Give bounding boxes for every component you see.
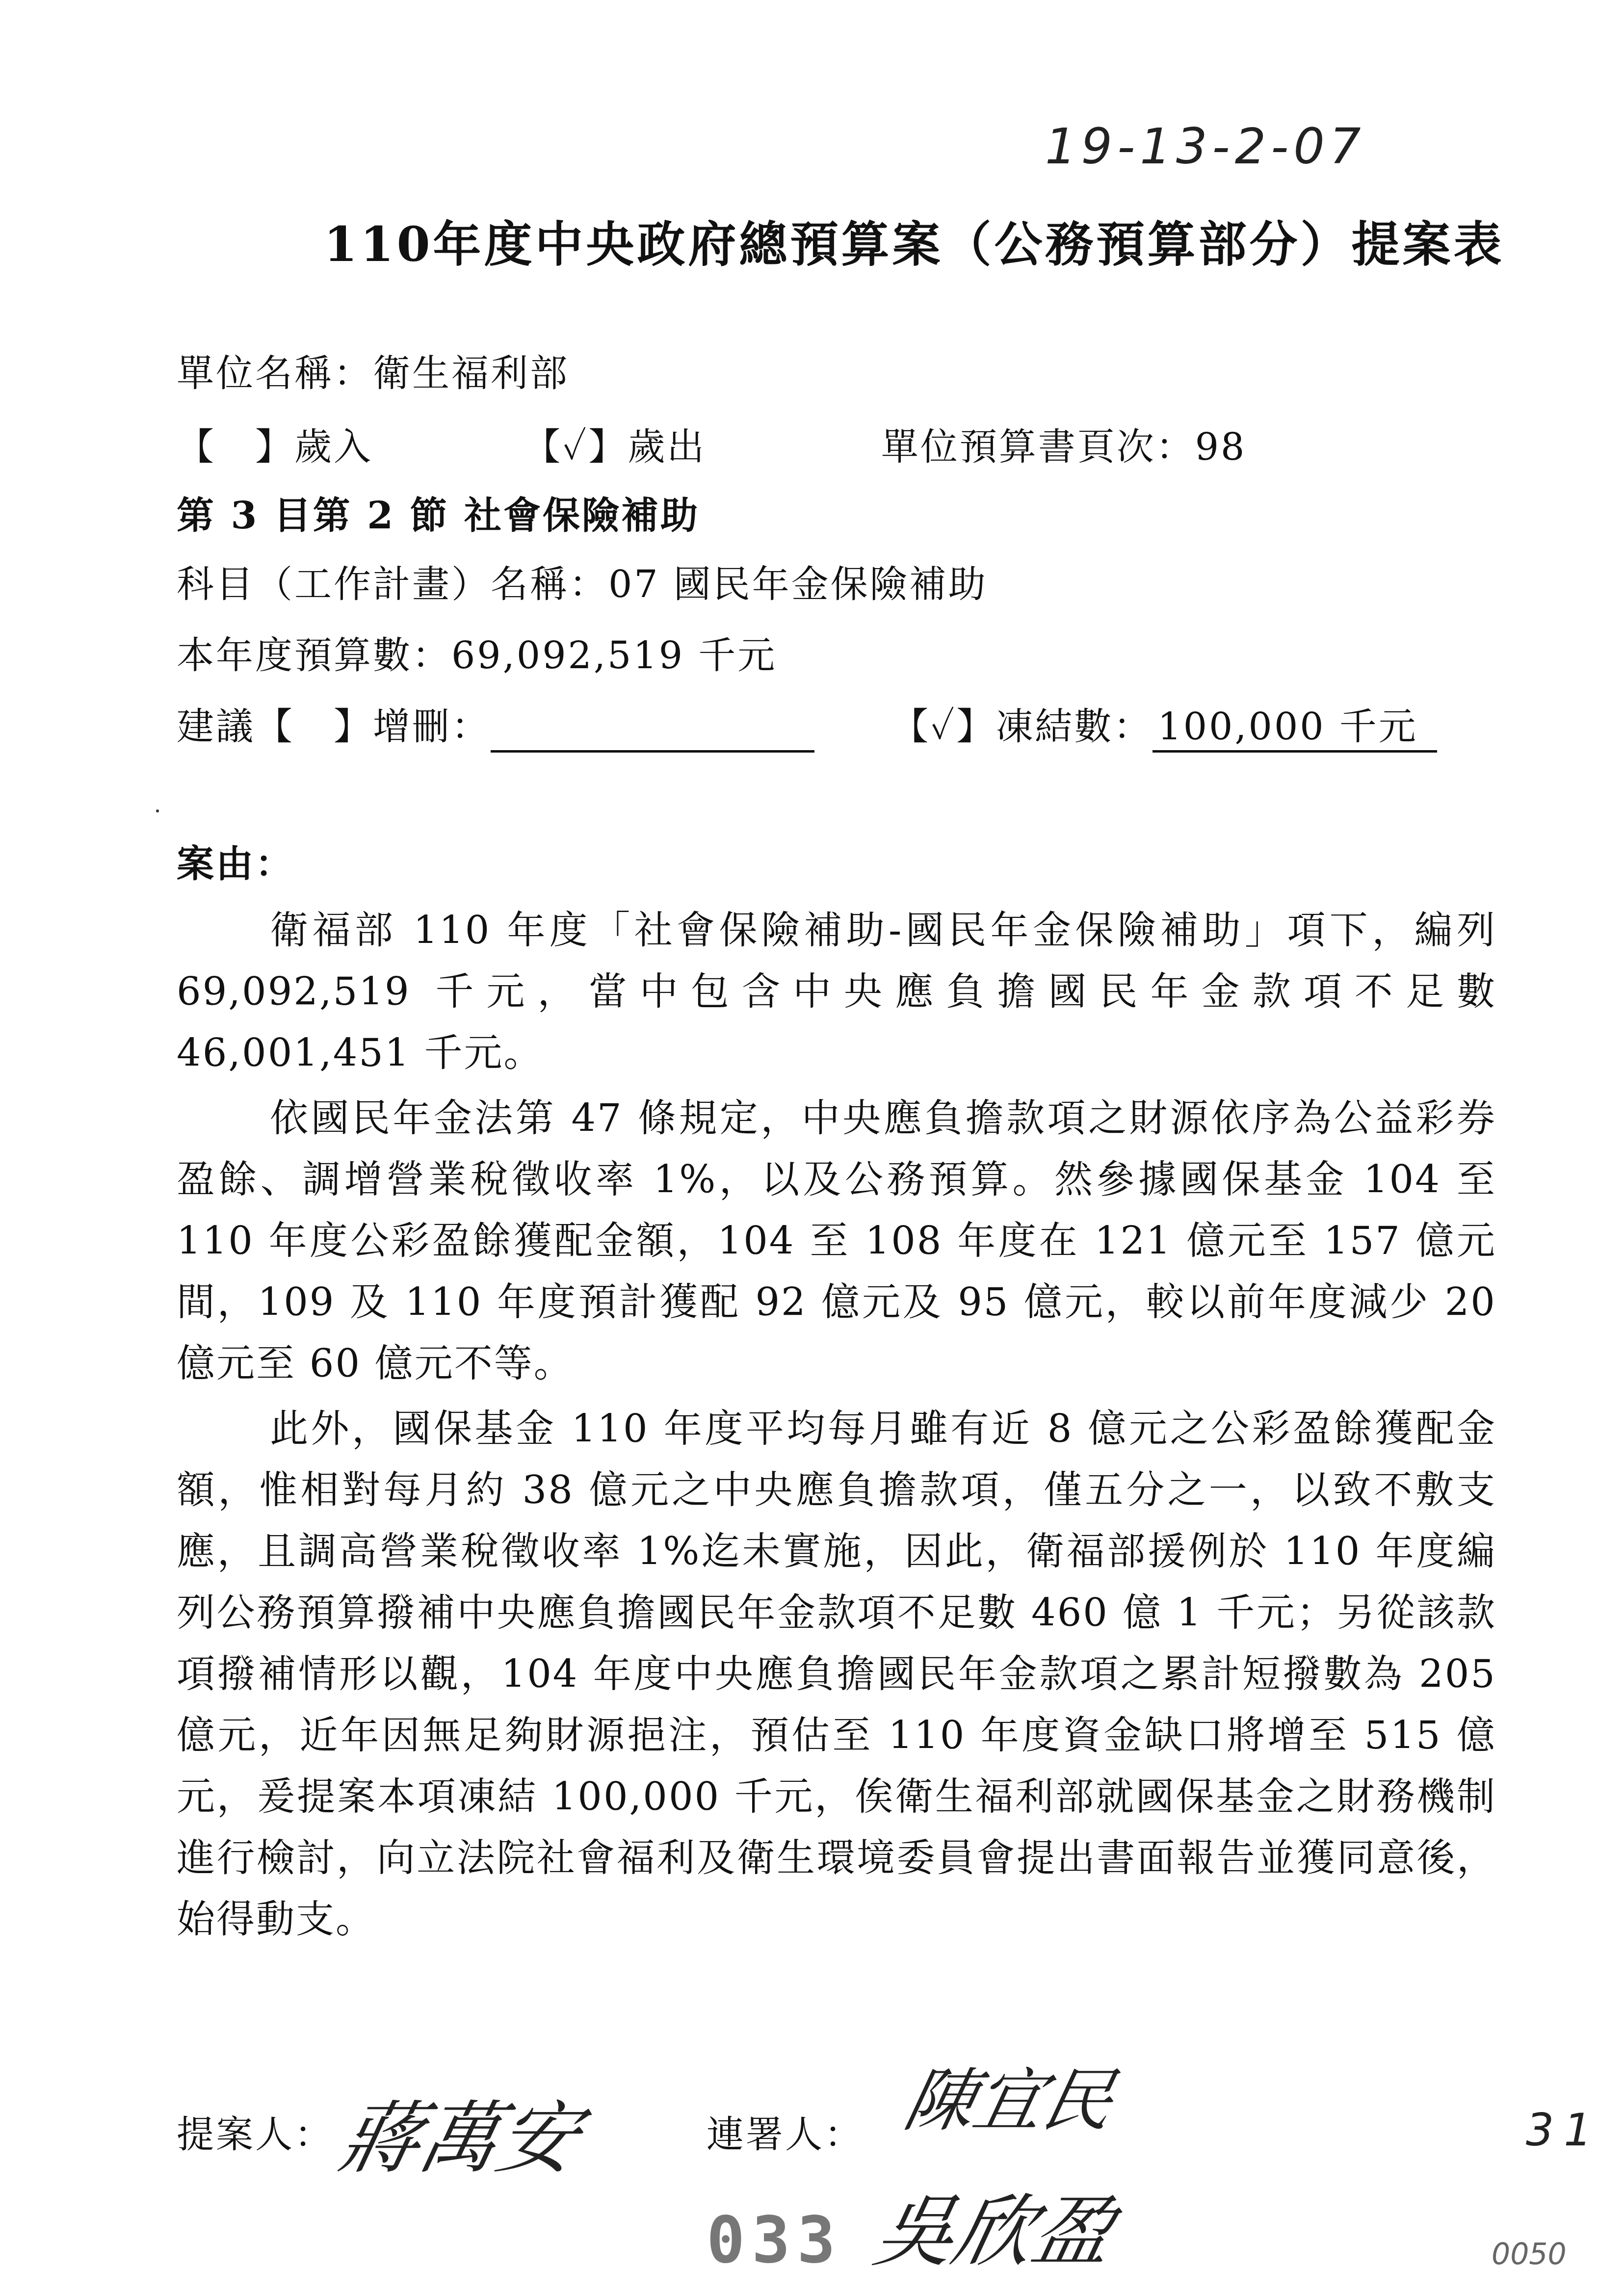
type-row: 【 】歲入 【✓】歲出 單位預算書頁次：98 <box>177 417 1246 470</box>
proposer-label: 提案人： <box>177 2105 334 2158</box>
budget-value: 69,092,519 千元 <box>451 633 777 677</box>
adjust-checkbox: 【 】 <box>255 704 373 748</box>
scan-dot <box>156 809 159 812</box>
proposal-label: 建議 <box>177 704 255 748</box>
stamp-number: 033 <box>707 2203 842 2277</box>
unit-value: 衛生福利部 <box>373 351 569 395</box>
unit-label: 單位名稱： <box>177 351 373 395</box>
cosigner-signature-2: 吳欣盈 <box>866 2168 1126 2281</box>
handwritten-reference: 19-13-2-07 <box>1045 118 1366 175</box>
proposer-signature: 蔣萬安 <box>332 2075 591 2188</box>
expenditure-checkbox: 【✓】 <box>523 425 628 469</box>
margin-page-number: 31 <box>1526 2105 1602 2156</box>
reason-paragraph-1: 衛福部 110 年度「社會保險補助-國民年金保險補助」項下，編列 69,092,… <box>177 900 1496 1084</box>
subject-row: 科目（工作計畫）名稱：07 國民年金保險補助 <box>177 554 988 608</box>
cosigner-label: 連署人： <box>707 2105 864 2158</box>
freeze-amount: 100,000 千元 <box>1153 697 1437 753</box>
budget-label: 本年度預算數： <box>177 633 451 677</box>
budget-row: 本年度預算數：69,092,519 千元 <box>177 626 777 679</box>
subject-value: 07 國民年金保險補助 <box>608 562 988 606</box>
margin-stamp: 0050 <box>1492 2237 1567 2271</box>
revenue-label: 歲入 <box>294 425 373 469</box>
cosigner-signature-1: 陳宜民 <box>897 2046 1125 2144</box>
revenue-checkbox: 【 】 <box>177 425 294 469</box>
section-heading: 第 3 目第 2 節 社會保險補助 <box>177 486 700 539</box>
unit-row: 單位名稱：衛生福利部 <box>177 343 569 397</box>
expenditure-label: 歲出 <box>628 425 706 469</box>
adjust-label: 增刪： <box>373 704 491 748</box>
reason-body: 衛福部 110 年度「社會保險補助-國民年金保險補助」項下，編列 69,092,… <box>177 900 1496 1951</box>
page-number-label: 單位預算書頁次： <box>881 425 1195 469</box>
proposal-row: 建議【 】增刪： 【✓】凍結數：100,000 千元 <box>177 697 1437 753</box>
reason-paragraph-2: 依國民年金法第 47 條規定，中央應負擔款項之財源依序為公益彩券盈餘、調增營業稅… <box>177 1088 1496 1395</box>
freeze-label: 凍結數： <box>995 704 1153 748</box>
adjust-amount-field <box>491 716 814 753</box>
reason-paragraph-3: 此外，國保基金 110 年度平均每月雖有近 8 億元之公彩盈餘獲配金額，惟相對每… <box>177 1399 1496 1951</box>
subject-label: 科目（工作計畫）名稱： <box>177 562 608 606</box>
page-number-value: 98 <box>1195 425 1247 469</box>
freeze-checkbox: 【✓】 <box>891 704 995 748</box>
reason-heading: 案由： <box>177 834 294 887</box>
page-title: 110年度中央政府總預算案（公務預算部分）提案表 <box>324 206 1505 275</box>
